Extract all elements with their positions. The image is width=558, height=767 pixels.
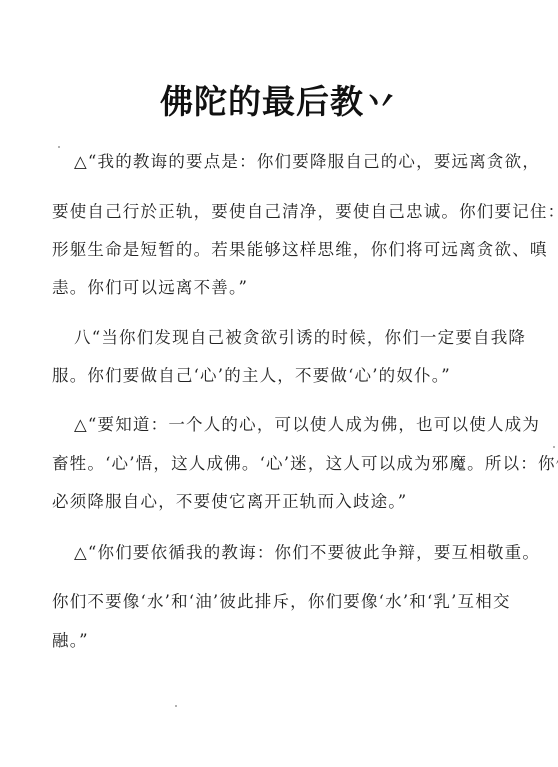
text-line: 要使自己行於正轨，要使自己清净，要使自己忠诚。你们要记住：: [52, 202, 492, 222]
scan-speck: [58, 146, 60, 148]
text-line: 你们不要像‘水’和‘油’彼此排斥，你们要像‘水’和‘乳’互相交: [52, 592, 492, 612]
text-line: △“要知道：一个人的心，可以使人成为佛，也可以使人成为: [74, 415, 514, 435]
text-line: △“我的教诲的要点是：你们要降服自己的心，要远离贪欲，: [74, 152, 514, 172]
text-line: 形躯生命是短暂的。若果能够这样思维，你们将可远离贪欲、嗔: [52, 240, 492, 260]
text-line: △“你们要依循我的教诲：你们不要彼此争辩，要互相敬重。: [74, 543, 514, 563]
text-line: 必须降服自心，不要使它离开正轨而入歧途。”: [52, 492, 492, 512]
text-line: 畜牲。‘心’悟，这人成佛。‘心’迷，这人可以成为邪魔。所以：你们: [52, 454, 492, 474]
text-line: 八“当你们发现自己被贪欲引诱的时候，你们一定要自我降: [74, 328, 514, 348]
scan-speck: [175, 705, 177, 707]
text-line: 服。你们要做自己‘心’的主人，不要做‘心’的奴仆。”: [52, 366, 492, 386]
text-line: 恚。你们可以远离不善。”: [52, 278, 492, 298]
scan-speck: [553, 446, 555, 448]
text-line: 融。”: [52, 631, 492, 651]
page-title: 佛陀的最后教丷: [160, 76, 398, 123]
